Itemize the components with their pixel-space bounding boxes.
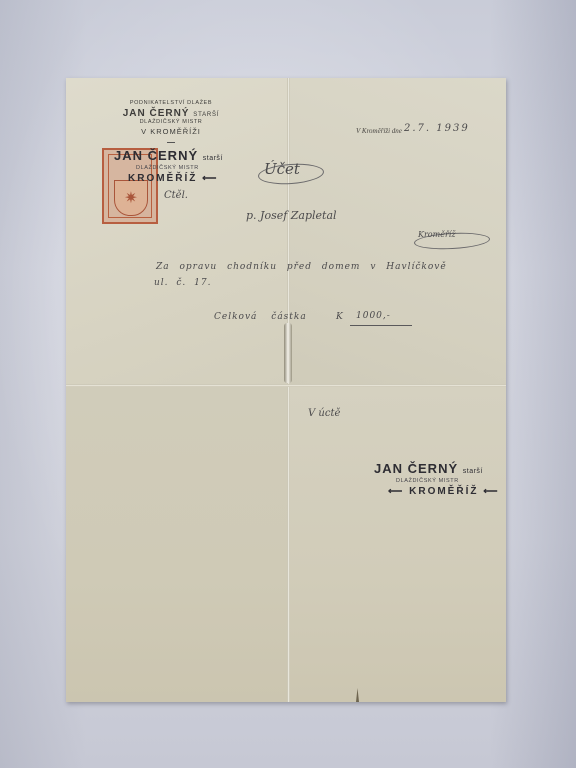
arrow-icon: ⟵ <box>483 486 499 497</box>
stamp-town-text: KROMĚŘÍŽ <box>128 173 197 184</box>
description-line-1: Za opravu chodníku před domem v Havlíčko… <box>156 262 447 272</box>
stamp-name-suffix: starší <box>463 468 483 475</box>
stamp-subtitle: DLAŽDIČSKÝ MISTR <box>136 165 244 171</box>
total-value: 1000,- <box>356 311 391 321</box>
stamp-name: JAN ČERNÝ starší <box>374 461 504 476</box>
letterhead-name-text: JAN ČERNÝ <box>123 108 190 119</box>
paper-tear <box>284 323 292 383</box>
stamp-town-text: KROMĚŘÍŽ <box>409 486 478 497</box>
rubber-stamp-bottom: JAN ČERNÝ starší DLAŽDIČSKÝ MISTR ⟵ KROM… <box>374 461 504 497</box>
letterhead-town: V KROMĚŘÍŽI <box>96 127 246 136</box>
letterhead-name: JAN ČERNÝ STARŠÍ <box>96 108 246 119</box>
description-line-2: ul. č. 17. <box>154 278 211 288</box>
arrow-icon: ⟵ <box>202 173 218 184</box>
stamp-name-text: JAN ČERNÝ <box>114 148 198 163</box>
invoice-document: PODNIKATELSTVÍ DLAŽEB JAN ČERNÝ STARŠÍ D… <box>66 78 506 702</box>
revenue-stamp-shield: ✷ <box>114 180 148 216</box>
stamp-town: ⟵ KROMĚŘÍŽ ⟵ <box>388 486 504 497</box>
arrow-icon: ⟵ <box>388 486 404 497</box>
paper-panel-bottom-left <box>66 386 288 702</box>
letterhead: PODNIKATELSTVÍ DLAŽEB JAN ČERNÝ STARŠÍ D… <box>96 100 246 143</box>
horizontal-fold-crease <box>66 384 506 387</box>
letterhead-divider <box>167 142 175 143</box>
stamp-name: JAN ČERNÝ starší <box>114 148 244 163</box>
recipient-name: p. Josef Zapletal <box>246 209 337 222</box>
date-label: V Kroměříži dne <box>356 127 402 135</box>
recipient-intro: Ctěl. <box>164 190 188 201</box>
rubber-stamp-top: JAN ČERNÝ starší DLAŽDIČSKÝ MISTR KROMĚŘ… <box>114 148 244 184</box>
total-label: Celková částka <box>214 312 307 322</box>
eagle-emblem-icon: ✷ <box>115 188 147 208</box>
letterhead-name-suffix: STARŠÍ <box>193 112 219 118</box>
stamp-name-suffix: starší <box>203 155 223 162</box>
stamp-name-text: JAN ČERNÝ <box>374 461 458 476</box>
letterhead-line1: PODNIKATELSTVÍ DLAŽEB <box>96 100 246 106</box>
total-currency: K <box>336 312 343 322</box>
date-value: 2.7. 1939 <box>404 123 470 134</box>
invoice-title: Účet <box>264 160 300 178</box>
stamp-town: KROMĚŘÍŽ ⟵ <box>128 173 244 184</box>
letterhead-line3: DLAŽDIČSKÝ MISTR <box>96 119 246 125</box>
stamp-subtitle: DLAŽDIČSKÝ MISTR <box>396 478 504 484</box>
recipient-place: Kroměříž <box>418 230 456 239</box>
closing-text: V úctě <box>308 408 340 419</box>
total-underline <box>350 325 412 326</box>
paper-panel-top-right <box>288 78 506 386</box>
paper-panel-bottom-right <box>288 386 506 702</box>
